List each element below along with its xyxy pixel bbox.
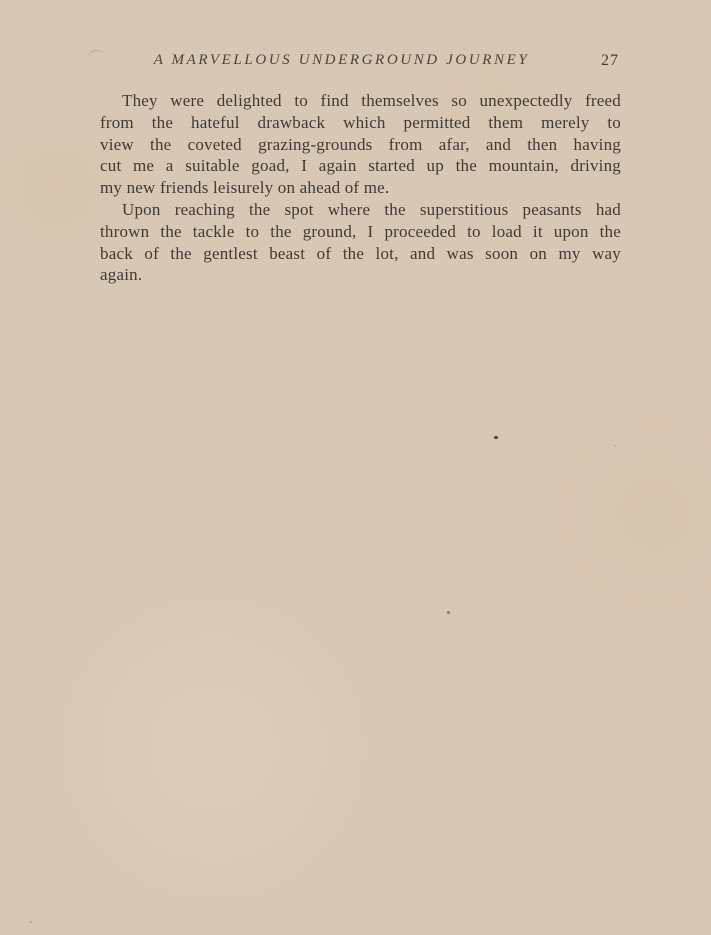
- text-line: Upon reaching the spot where the superst…: [100, 199, 621, 221]
- text-line: back of the gentlest beast of the lot, a…: [100, 243, 621, 265]
- ink-speck: [447, 611, 450, 614]
- page-number: 27: [601, 52, 619, 70]
- text-line: my new friends leisurely on ahead of me.: [100, 177, 621, 199]
- running-head-title: A MARVELLOUS UNDERGROUND JOURNEY: [100, 52, 621, 69]
- body-text: They were delighted to find themselves s…: [100, 90, 621, 286]
- running-head: A MARVELLOUS UNDERGROUND JOURNEY 27: [100, 52, 621, 74]
- text-line: again.: [100, 264, 621, 286]
- book-page-scan: A MARVELLOUS UNDERGROUND JOURNEY 27 They…: [0, 0, 711, 935]
- text-line: They were delighted to find themselves s…: [100, 90, 621, 112]
- paper-speck: [614, 445, 616, 447]
- text-line: cut me a suitable goad, I again started …: [100, 155, 621, 177]
- ink-speck: [494, 436, 498, 439]
- paragraph-1: They were delighted to find themselves s…: [100, 90, 621, 199]
- paper-speck: [30, 921, 32, 923]
- text-line: thrown the tackle to the ground, I proce…: [100, 221, 621, 243]
- paragraph-2: Upon reaching the spot where the superst…: [100, 199, 621, 286]
- text-line: from the hateful drawback which permitte…: [100, 112, 621, 134]
- text-line: view the coveted grazing-grounds from af…: [100, 134, 621, 156]
